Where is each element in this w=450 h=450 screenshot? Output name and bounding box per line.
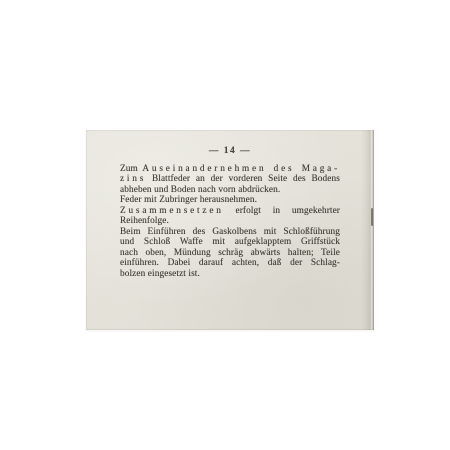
text-segment: Reihenfolge. xyxy=(120,216,169,226)
text-segment: Beim Einführen des Gaskolbens mit Schloß… xyxy=(120,227,340,237)
text-segment: bolzen eingesetzt ist. xyxy=(120,269,200,279)
text-line: Zum Auseinandernehmen des Maga- xyxy=(120,164,340,174)
emphasized-text-segment: zins xyxy=(120,174,146,184)
emphasized-text-segment: Auseinandernehmen des Maga- xyxy=(142,164,340,174)
text-segment: einführen. Dabei darauf achten, daß der … xyxy=(120,258,340,268)
text-line: einführen. Dabei darauf achten, daß der … xyxy=(120,258,340,268)
text-segment: Feder mit Zubringer herausnehmen. xyxy=(120,195,257,205)
text-segment: nach oben, Mündung schräg abwärts halten… xyxy=(120,248,340,258)
text-line: Zusammensetzen erfolgt in umgekehrter xyxy=(120,206,340,216)
emphasized-text-segment: Zusammensetzen xyxy=(120,206,224,216)
text-line: zins Blattfeder an der vorderen Seite de… xyxy=(120,174,340,184)
body-text: Zum Auseinandernehmen des Maga-zins Blat… xyxy=(120,164,340,279)
text-segment: Zum xyxy=(120,164,142,174)
manual-page: — 14 — Zum Auseinandernehmen des Maga-zi… xyxy=(86,130,374,330)
text-segment: Blattfeder an der vorderen Seite des Bod… xyxy=(146,174,340,184)
text-line: Reihenfolge. xyxy=(120,216,340,226)
text-line: abheben und Boden nach vorn abdrücken. xyxy=(120,185,340,195)
text-line: nach oben, Mündung schräg abwärts halten… xyxy=(120,248,340,258)
binding-crease-mark xyxy=(371,208,373,226)
text-segment: und Schloß Waffe mit aufgeklapptem Griff… xyxy=(120,237,340,247)
text-line: Beim Einführen des Gaskolbens mit Schloß… xyxy=(120,227,340,237)
page-right-edge xyxy=(361,130,374,330)
text-line: und Schloß Waffe mit aufgeklapptem Griff… xyxy=(120,237,340,247)
text-line: Feder mit Zubringer herausnehmen. xyxy=(120,195,340,205)
scan-background: — 14 — Zum Auseinandernehmen des Maga-zi… xyxy=(0,0,450,450)
text-segment: abheben und Boden nach vorn abdrücken. xyxy=(120,185,280,195)
page-number: — 14 — xyxy=(120,146,340,156)
text-segment: erfolgt in umgekehrter xyxy=(224,206,340,216)
text-line: bolzen eingesetzt ist. xyxy=(120,269,340,279)
